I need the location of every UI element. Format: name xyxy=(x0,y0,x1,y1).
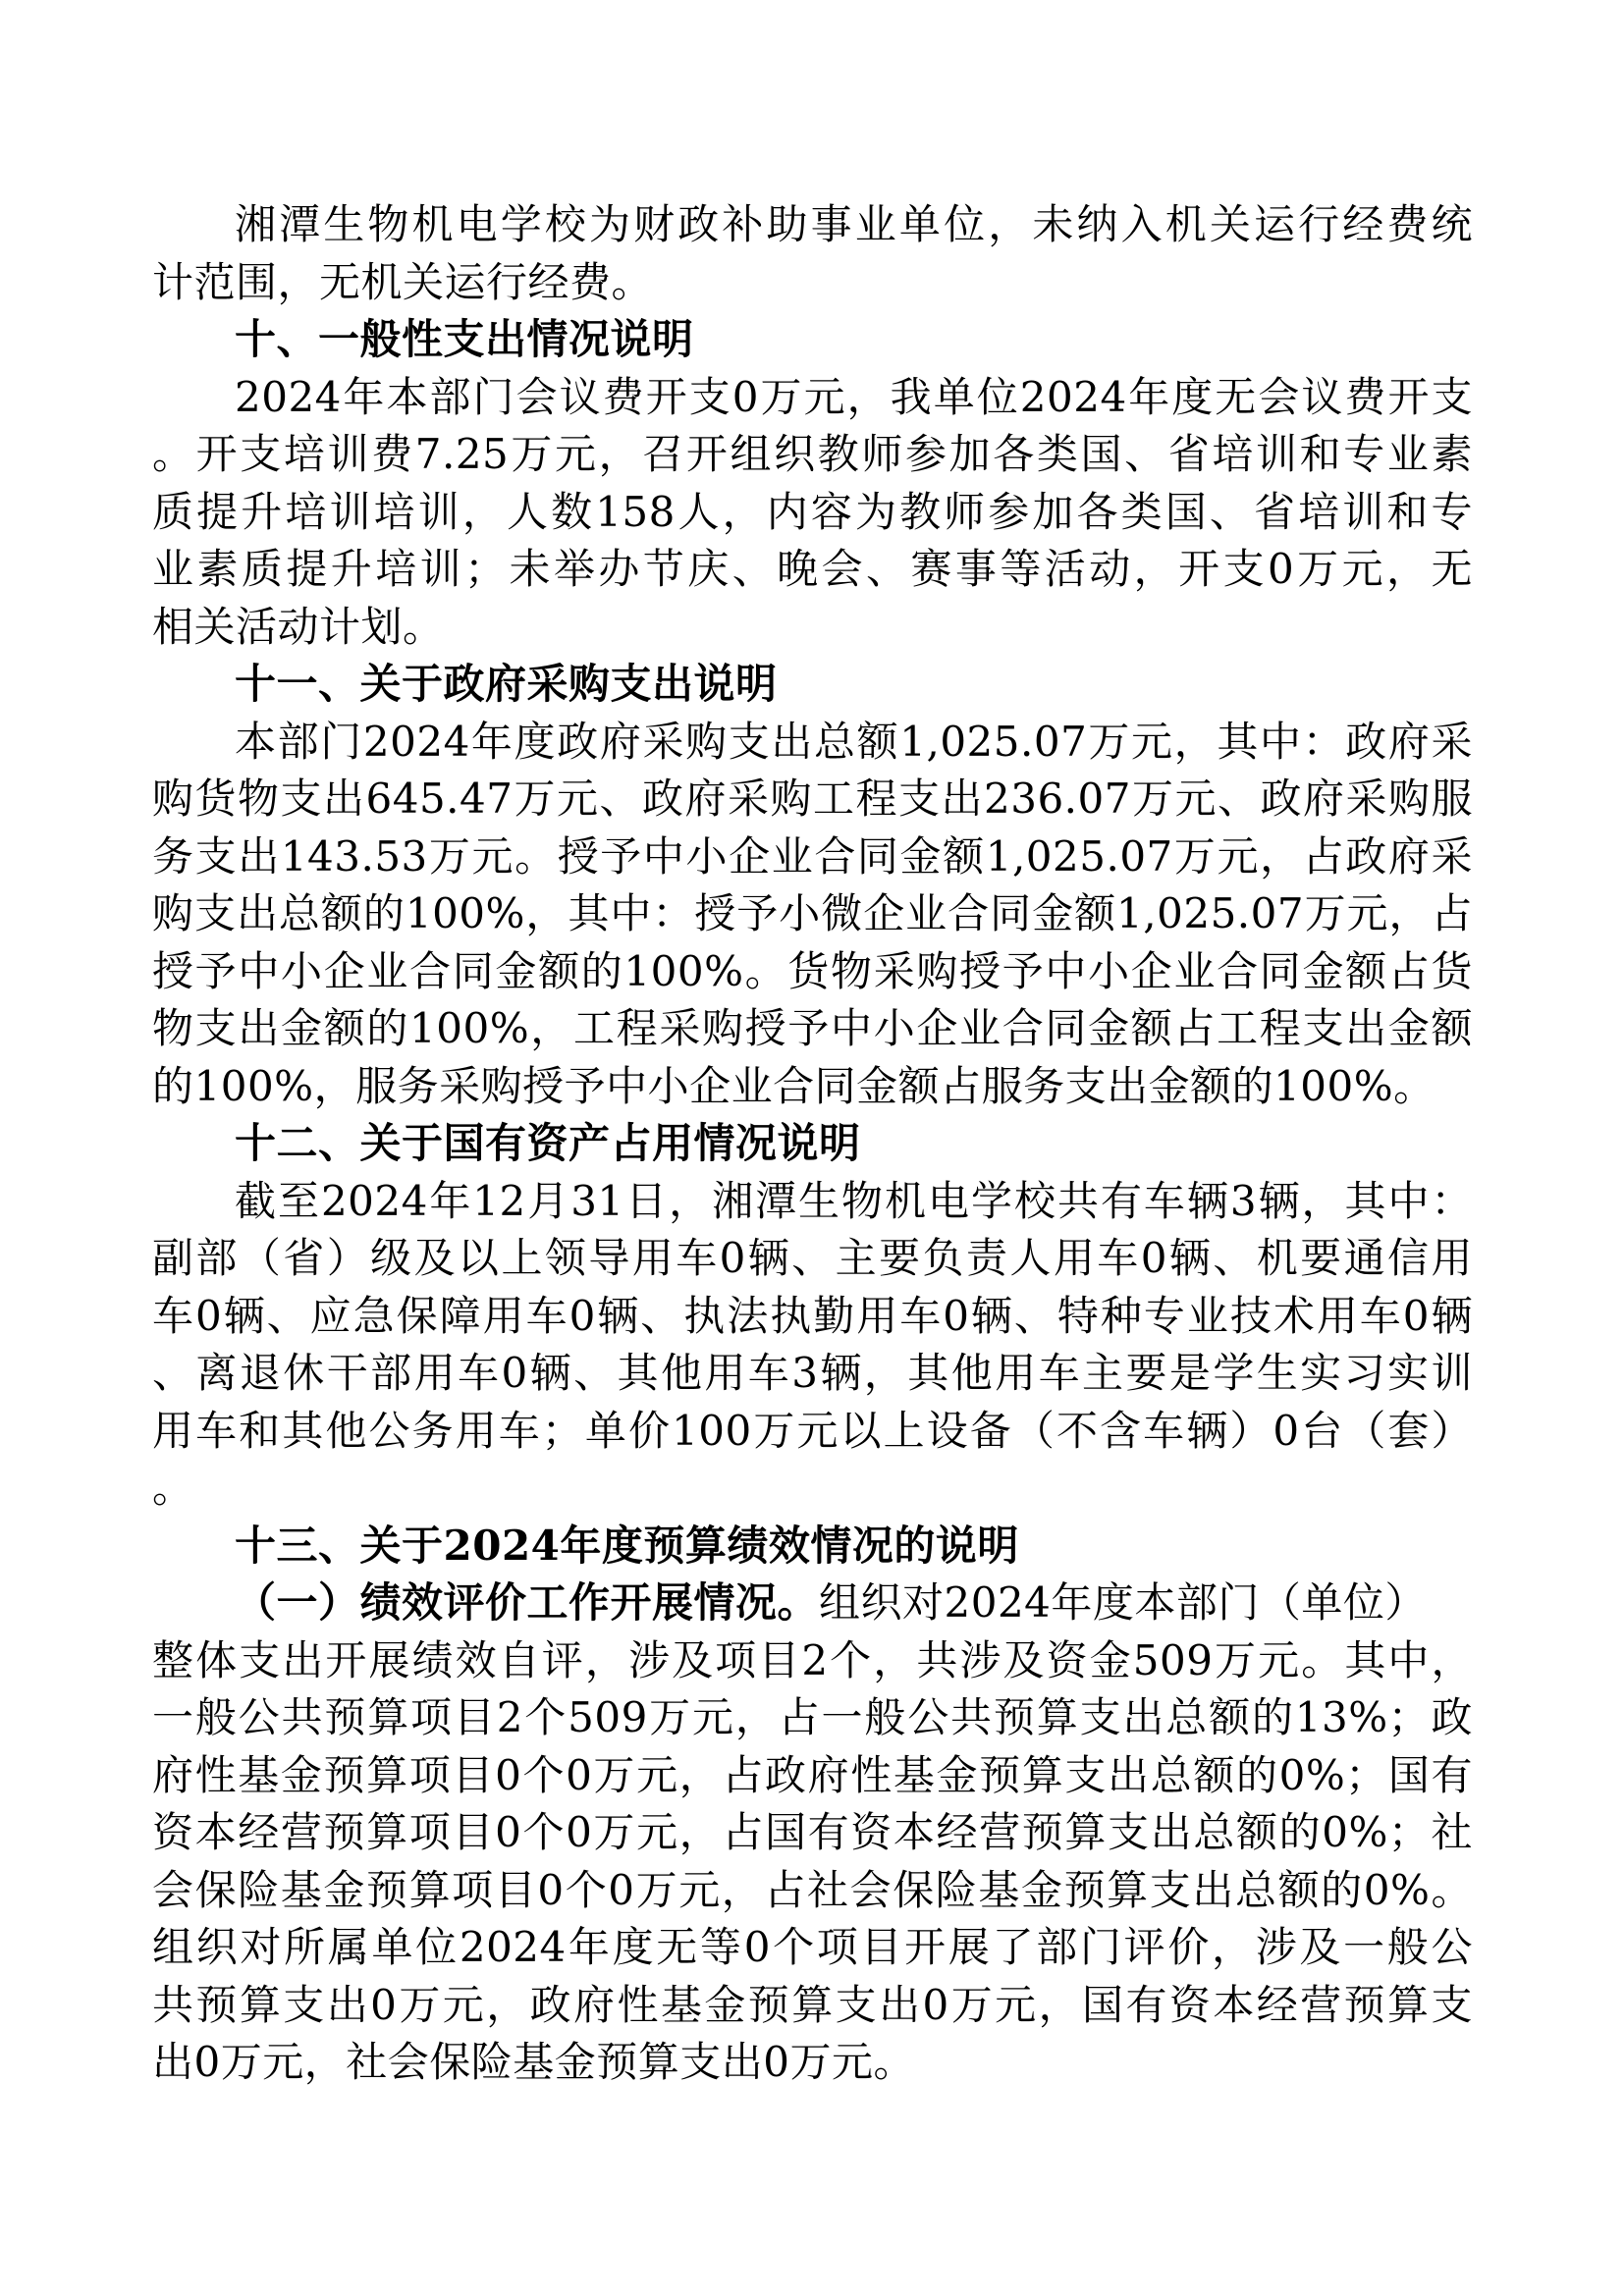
paragraph-performance-evaluation: （一）绩效评价工作开展情况。组织对2024年度本部门（单位） 整体支出开展绩效自… xyxy=(152,1575,1473,2092)
text-line: 共预算支出0万元，政府性基金预算支出0万元，国有资本经营预算支 xyxy=(152,1977,1473,2035)
text-line: 购支出总额的100%，其中：授予小微企业合同金额1,025.07万元，占 xyxy=(152,885,1473,943)
text-line: 2024年本部门会议费开支0万元，我单位2024年度无会议费开支 xyxy=(152,369,1473,427)
text-line: 购货物支出645.47万元、政府采购工程支出236.07万元、政府采购服 xyxy=(152,771,1473,828)
section-heading-10: 十、一般性支出情况说明 xyxy=(152,311,1473,369)
subsection-lead: （一）绩效评价工作开展情况。 xyxy=(235,1578,819,1627)
text-line: 截至2024年12月31日，湘潭生物机电学校共有车辆3辆，其中： xyxy=(152,1173,1473,1231)
text-line: 的100%，服务采购授予中小企业合同金额占服务支出金额的100%。 xyxy=(152,1058,1473,1116)
text-line: 相关活动计划。 xyxy=(152,599,1473,657)
text-line: 会保险基金预算项目0个0万元，占社会保险基金预算支出总额的0%。 xyxy=(152,1862,1473,1920)
text-line-lead: （一）绩效评价工作开展情况。组织对2024年度本部门（单位） xyxy=(152,1575,1473,1632)
text-line: 物支出金额的100%，工程采购授予中小企业合同金额占工程支出金额 xyxy=(152,1000,1473,1058)
text-line: 。开支培训费7.25万元，召开组织教师参加各类国、省培训和专业素 xyxy=(152,426,1473,484)
text-line: 副部（省）级及以上领导用车0辆、主要负责人用车0辆、机要通信用 xyxy=(152,1230,1473,1288)
document-body: 湘潭生物机电学校为财政补助事业单位，未纳入机关运行经费统 计范围，无机关运行经费… xyxy=(152,196,1473,2092)
text-line: 业素质提升培训；未举办节庆、晚会、赛事等活动，开支0万元，无 xyxy=(152,541,1473,599)
text-line: 授予中小企业合同金额的100%。货物采购授予中小企业合同金额占货 xyxy=(152,943,1473,1001)
text-line: 府性基金预算项目0个0万元，占政府性基金预算支出总额的0%；国有 xyxy=(152,1747,1473,1805)
text-line-rest: 组织对2024年度本部门（单位） xyxy=(819,1578,1427,1627)
text-line: 务支出143.53万元。授予中小企业合同金额1,025.07万元，占政府采 xyxy=(152,828,1473,886)
text-line: 车0辆、应急保障用车0辆、执法执勤用车0辆、特种专业技术用车0辆 xyxy=(152,1288,1473,1346)
text-line: 湘潭生物机电学校为财政补助事业单位，未纳入机关运行经费统 xyxy=(152,196,1473,254)
section-heading-13: 十三、关于2024年度预算绩效情况的说明 xyxy=(152,1518,1473,1575)
text-line: 整体支出开展绩效自评，涉及项目2个，共涉及资金509万元。其中， xyxy=(152,1632,1473,1690)
text-line: 本部门2024年度政府采购支出总额1,025.07万元，其中：政府采 xyxy=(152,714,1473,772)
text-line: 质提升培训培训，人数158人，内容为教师参加各类国、省培训和专 xyxy=(152,484,1473,542)
paragraph-state-assets: 截至2024年12月31日，湘潭生物机电学校共有车辆3辆，其中： 副部（省）级及… xyxy=(152,1173,1473,1518)
text-line: 一般公共预算项目2个509万元，占一般公共预算支出总额的13%；政 xyxy=(152,1689,1473,1747)
section-heading-11: 十一、关于政府采购支出说明 xyxy=(152,656,1473,714)
text-line: 计范围，无机关运行经费。 xyxy=(152,254,1473,312)
text-line: 。 xyxy=(152,1460,1473,1518)
paragraph-operating-expenses: 湘潭生物机电学校为财政补助事业单位，未纳入机关运行经费统 计范围，无机关运行经费… xyxy=(152,196,1473,311)
paragraph-general-expenses: 2024年本部门会议费开支0万元，我单位2024年度无会议费开支 。开支培训费7… xyxy=(152,369,1473,657)
text-line: 资本经营预算项目0个0万元，占国有资本经营预算支出总额的0%；社 xyxy=(152,1804,1473,1862)
text-line: 用车和其他公务用车；单价100万元以上设备（不含车辆）0台（套） xyxy=(152,1403,1473,1461)
text-line: 、离退休干部用车0辆、其他用车3辆，其他用车主要是学生实习实训 xyxy=(152,1345,1473,1403)
text-line: 组织对所属单位2024年度无等0个项目开展了部门评价，涉及一般公 xyxy=(152,1919,1473,1977)
document-page: 湘潭生物机电学校为财政补助事业单位，未纳入机关运行经费统 计范围，无机关运行经费… xyxy=(0,0,1624,2296)
section-heading-12: 十二、关于国有资产占用情况说明 xyxy=(152,1115,1473,1173)
paragraph-government-procurement: 本部门2024年度政府采购支出总额1,025.07万元，其中：政府采 购货物支出… xyxy=(152,714,1473,1116)
text-line: 出0万元，社会保险基金预算支出0万元。 xyxy=(152,2034,1473,2092)
